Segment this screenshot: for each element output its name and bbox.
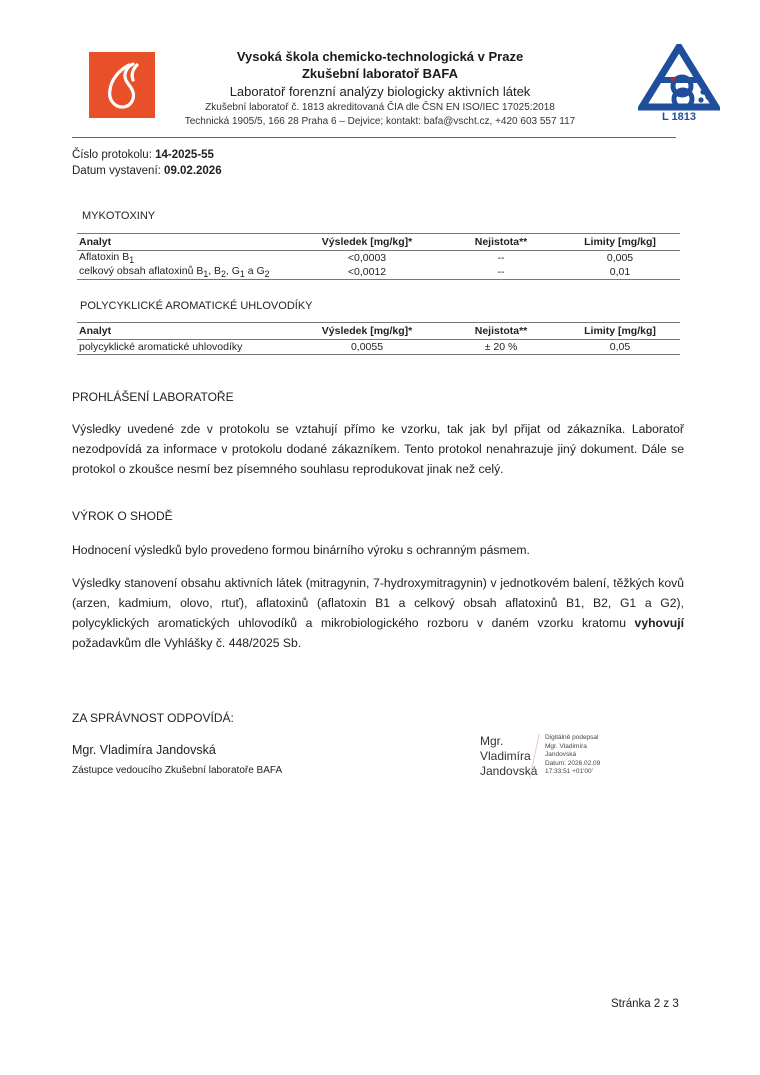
digital-signature-name-line: Vladimíra (480, 749, 537, 764)
analyte-cell: Aflatoxin B1 (77, 251, 292, 266)
table-row: celkový obsah aflatoxinů B1, B2, G1 a G2… (77, 265, 680, 280)
column-header-result: Výsledek [mg/kg]* (292, 234, 442, 251)
mycotoxins-title: MYKOTOXINY (82, 210, 155, 222)
mycotoxins-table: Analyt Výsledek [mg/kg]* Nejistota** Lim… (77, 233, 680, 280)
digital-signature-info-line: 17:33:51 +01'00' (545, 768, 600, 777)
limit-cell: 0,05 (560, 340, 680, 355)
table-row: polycyklické aromatické uhlovodíky0,0055… (77, 340, 680, 355)
table-row: Aflatoxin B1<0,0003--0,005 (77, 251, 680, 266)
result-cell: 0,0055 (292, 340, 442, 355)
signature-heading: ZA SPRÁVNOST ODPOVÍDÁ: (72, 711, 234, 725)
analyte-cell: celkový obsah aflatoxinů B1, B2, G1 a G2 (77, 265, 292, 280)
issue-date: Datum vystavení: 09.02.2026 (72, 165, 222, 177)
cia-logo: L 1813 (638, 44, 720, 124)
table-header-row: Analyt Výsledek [mg/kg]* Nejistota** Lim… (77, 234, 680, 251)
declaration-heading: PROHLÁŠENÍ LABORATOŘE (72, 390, 234, 404)
column-header-uncertainty: Nejistota** (442, 234, 560, 251)
column-header-result: Výsledek [mg/kg]* (292, 323, 442, 340)
uncertainty-cell: -- (442, 265, 560, 280)
vscht-logo (89, 52, 155, 118)
digital-signature-info-line: Mgr. Vladimíra (545, 743, 600, 752)
accreditation-text: Zkušební laboratoř č. 1813 akreditovaná … (150, 102, 610, 113)
verdict-text-part: Výsledky stanovení obsahu aktivních láte… (72, 576, 684, 630)
protocol-number-value: 14-2025-55 (155, 149, 214, 161)
digital-signature-info-line: Datum: 2026.02.09 (545, 760, 600, 769)
pah-table: Analyt Výsledek [mg/kg]* Nejistota** Lim… (77, 322, 680, 355)
page-number: Stránka 2 z 3 (611, 998, 679, 1010)
protocol-number-label: Číslo protokolu: (72, 149, 152, 161)
limit-cell: 0,01 (560, 265, 680, 280)
column-header-uncertainty: Nejistota** (442, 323, 560, 340)
vscht-flask-logo-icon (89, 52, 155, 118)
verdict-method-text: Hodnocení výsledků bylo provedeno formou… (72, 540, 684, 560)
header-divider (72, 137, 676, 138)
cia-accreditation-logo-icon: L 1813 (638, 44, 720, 124)
signatory-name: Mgr. Vladimíra Jandovská (72, 743, 216, 757)
digital-signature-info-line: Digitálně podepsal (545, 734, 600, 743)
table-header-row: Analyt Výsledek [mg/kg]* Nejistota** Lim… (77, 323, 680, 340)
column-header-analyte: Analyt (77, 323, 292, 340)
result-cell: <0,0003 (292, 251, 442, 266)
declaration-text: Výsledky uvedené zde v protokolu se vzta… (72, 419, 684, 479)
digital-signature-name: Mgr. Vladimíra Jandovská (480, 734, 537, 779)
lab-subtitle: Laboratoř forenzní analýzy biologicky ak… (150, 84, 610, 99)
digital-signature-name-line: Mgr. (480, 734, 537, 749)
digital-signature-info-line: Jandovská (545, 751, 600, 760)
institution-name: Vysoká škola chemicko-technologická v Pr… (150, 49, 610, 64)
signatory-role: Zástupce vedoucího Zkušební laboratoře B… (72, 765, 282, 776)
column-header-limit: Limity [mg/kg] (560, 323, 680, 340)
pah-title: POLYCYKLICKÉ AROMATICKÉ UHLOVODÍKY (80, 300, 313, 312)
result-cell: <0,0012 (292, 265, 442, 280)
issue-date-label: Datum vystavení: (72, 165, 161, 177)
verdict-conclusion-text: Výsledky stanovení obsahu aktivních láte… (72, 573, 684, 653)
uncertainty-cell: ± 20 % (442, 340, 560, 355)
verdict-heading: VÝROK O SHODĚ (72, 509, 173, 523)
contact-text: Technická 1905/5, 166 28 Praha 6 – Dejvi… (150, 116, 610, 127)
column-header-limit: Limity [mg/kg] (560, 234, 680, 251)
verdict-result: vyhovují (635, 616, 684, 630)
digital-signature-info: Digitálně podepsal Mgr. Vladimíra Jandov… (545, 734, 600, 777)
uncertainty-cell: -- (442, 251, 560, 266)
verdict-text-part: požadavkům dle Vyhlášky č. 448/2025 Sb. (72, 636, 301, 650)
protocol-number: Číslo protokolu: 14-2025-55 (72, 149, 214, 161)
lab-name: Zkušební laboratoř BAFA (150, 66, 610, 81)
issue-date-value: 09.02.2026 (164, 165, 222, 177)
svg-text:L 1813: L 1813 (662, 111, 696, 123)
column-header-analyte: Analyt (77, 234, 292, 251)
limit-cell: 0,005 (560, 251, 680, 266)
analyte-cell: polycyklické aromatické uhlovodíky (77, 340, 292, 355)
